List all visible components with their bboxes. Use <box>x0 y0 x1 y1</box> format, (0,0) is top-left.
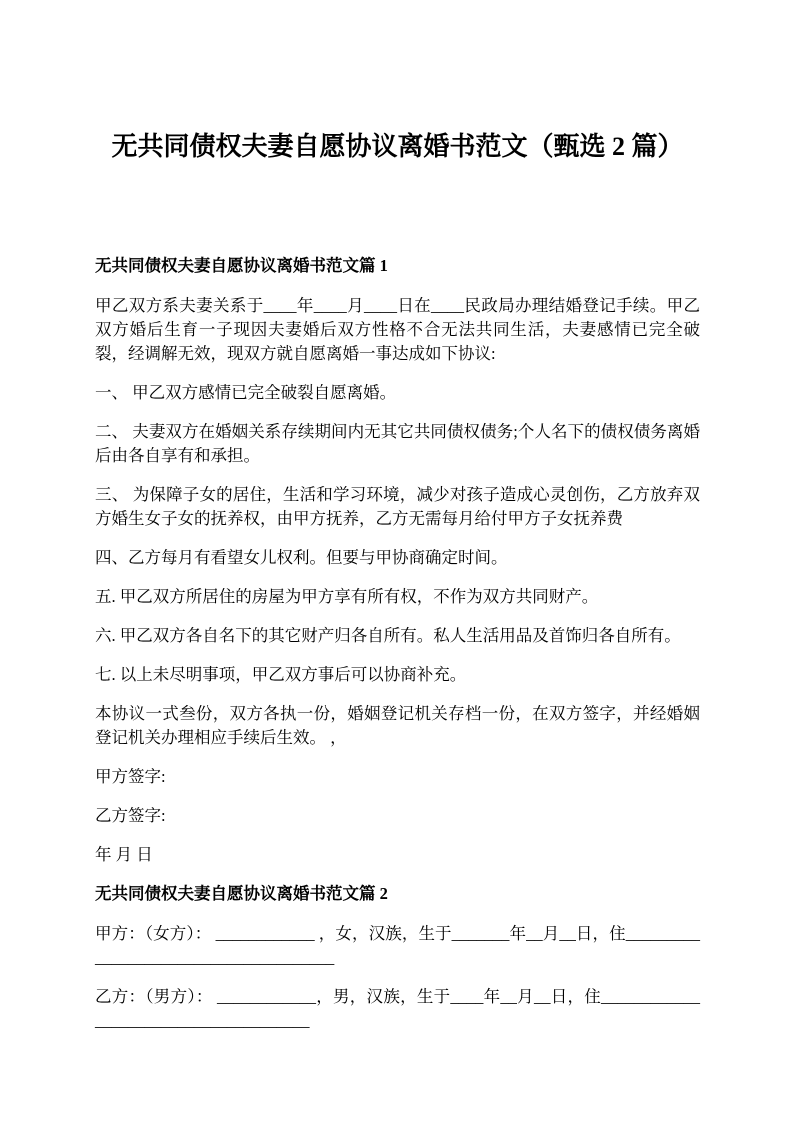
section-1-closing-paragraph: 本协议一式叁份，双方各执一份，婚姻登记机关存档一份，在双方签字，并经婚姻登记机关… <box>95 702 700 750</box>
section-1-clause-7: 七. 以上未尽明事项，甲乙双方事后可以协商补充。 <box>95 663 700 687</box>
section-2-party-b-line: 乙方：（男方）： ____________，男，汉族，生于____年__月__日… <box>95 985 700 1033</box>
section-1-clause-4: 四、乙方每月有看望女儿权利。但要与甲协商确定时间。 <box>95 546 700 570</box>
document-title: 无共同债权夫妻自愿协议离婚书范文（甄选 2 篇） <box>95 130 700 164</box>
section-1-clause-2: 二、 夫妻双方在婚姻关系存续期间内无其它共同债权债务;个人名下的债权债务离婚后由… <box>95 420 700 468</box>
document-page: 无共同债权夫妻自愿协议离婚书范文（甄选 2 篇） 无共同债权夫妻自愿协议离婚书范… <box>0 0 793 1122</box>
section-2-heading: 无共同债权夫妻自愿协议离婚书范文篇 2 <box>95 882 700 906</box>
section-1-intro-paragraph: 甲乙双方系夫妻关系于____年____月____日在____民政局办理结婚登记手… <box>95 294 700 366</box>
document-title-text: 无共同债权夫妻自愿协议离婚书范文（甄选 2 篇） <box>111 132 683 161</box>
section-1-clause-3: 三、 为保障子女的居住，生活和学习环境，减少对孩子造成心灵创伤，乙方放弃双方婚生… <box>95 483 700 531</box>
party-a-signature-line: 甲方签字: <box>95 765 700 789</box>
section-2-party-a-line: 甲方：（女方）： ____________ ，女，汉族，生于_______年__… <box>95 922 700 970</box>
section-1-heading: 无共同债权夫妻自愿协议离婚书范文篇 1 <box>95 254 700 278</box>
section-1-clause-6: 六. 甲乙双方各自名下的其它财产归各自所有。私人生活用品及首饰归各自所有。 <box>95 624 700 648</box>
section-1-clause-5: 五. 甲乙双方所居住的房屋为甲方享有所有权，不作为双方共同财产。 <box>95 585 700 609</box>
party-b-signature-line: 乙方签字: <box>95 804 700 828</box>
section-1-clause-1: 一、 甲乙双方感情已完全破裂自愿离婚。 <box>95 381 700 405</box>
date-line: 年 月 日 <box>95 843 700 867</box>
